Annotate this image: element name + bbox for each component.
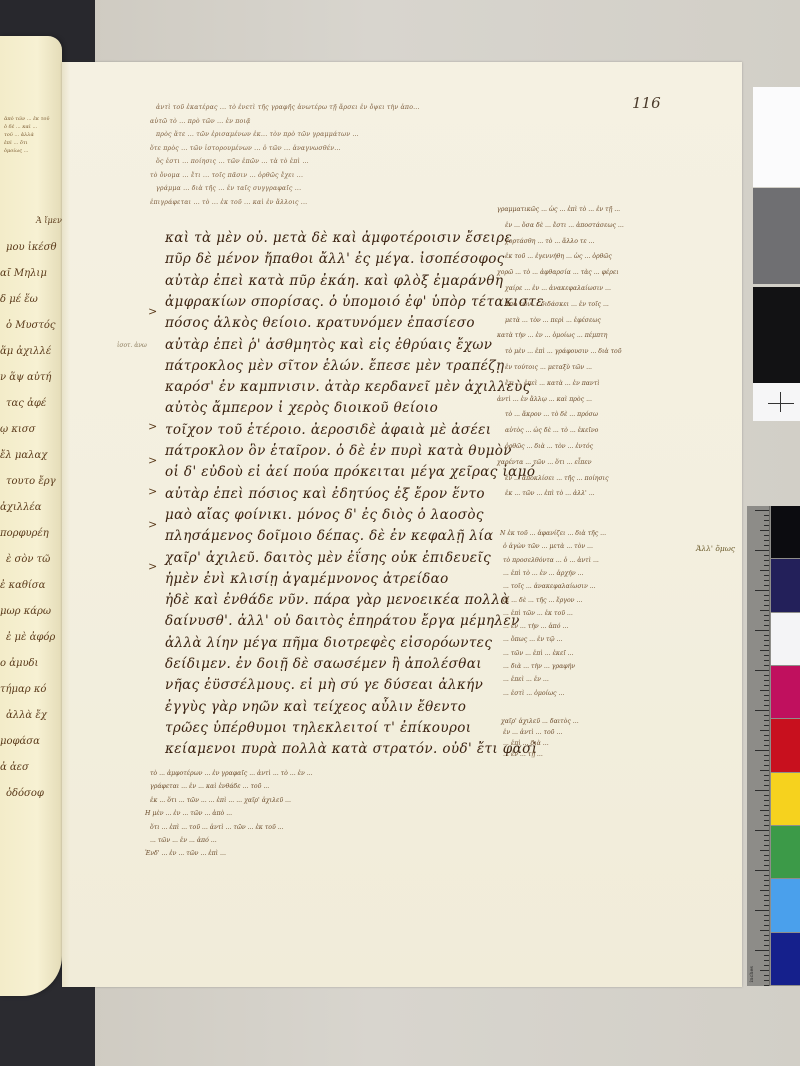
ruler-tick xyxy=(764,980,769,981)
top-scholion-line: ἀντὶ τοῦ ἑκατέρας ... τὸ ἐνετὶ τῆς γραφῆ… xyxy=(156,104,420,111)
right-scholion-line: ... ὅπως ... ἐν τῷ ... xyxy=(503,636,562,643)
ruler-tick xyxy=(764,985,769,986)
color-patch xyxy=(771,559,800,611)
top-scholion-line: τὸ ὄνομα ... ἔτι ... τοῖς πᾶσιν ... ὀρθῶ… xyxy=(150,172,303,179)
main-text-line: τρῶες ὑπέρθυμοι τηλεκλειτοί τ' ἐπίκουροι xyxy=(165,720,472,736)
ruler-tick xyxy=(760,930,769,931)
ruler-tick xyxy=(764,525,769,526)
ruler-tick xyxy=(764,715,769,716)
ruler-tick xyxy=(764,975,769,976)
right-scholion-line: ἔτι ... ἐπεὶ ... κατὰ ... ἐν παντὶ xyxy=(505,380,600,387)
ruler-tick xyxy=(764,895,769,896)
main-text-line: πόσος ἀλκὸς θείοιο. κρατυνόμεν ἐπασίεσο xyxy=(165,315,475,331)
ruler-tick xyxy=(760,850,769,851)
right-scholion-line: τὸ μὲν ... ἐπὶ ... γράφουσιν ... διὰ τοῦ xyxy=(505,348,621,355)
left-page-line: ὲ σὸν τῶ xyxy=(6,554,50,565)
main-text-line: ἀλλὰ λίην μέγα πῆμα διοτρεφὲς εἰσορόωντε… xyxy=(165,635,492,651)
ruler-tick xyxy=(764,565,769,566)
ruler-tick xyxy=(764,795,769,796)
left-page-line: μου ἰκέσθ xyxy=(6,242,56,253)
ruler-tick xyxy=(764,815,769,816)
ruler-tick xyxy=(764,600,769,601)
main-text-line: κείαμενοι πυρὰ πολλὰ κατὰ στρατόν. οὐδ' … xyxy=(165,741,537,757)
ruler-tick xyxy=(764,925,769,926)
left-page-line: δ μέ ἕω xyxy=(0,294,38,305)
right-scholion-line: χορῶ ... τὸ ... ἀφθαρσία ... τὰς ... φέρ… xyxy=(497,269,619,276)
main-text-line: ἠδὲ καὶ ἐνθάδε νῦν. πάρα γὰρ μενοεικέα π… xyxy=(165,592,510,608)
left-page-line: ὀδόσοφ xyxy=(6,788,44,799)
top-scholion-line: ἐπιγράφεται ... τὸ ... ἐκ τοῦ ... καὶ ἐν… xyxy=(150,199,307,206)
left-page-line: ο ἀμυδι xyxy=(0,658,38,669)
left-page-line: αῖ Μηλιμ xyxy=(0,268,47,279)
main-text-line: αὐτὰρ ἐπεὶ πόσιος καὶ ἐδητύος ἐξ ἔρον ἕν… xyxy=(165,486,485,502)
bottom-scholion-line: Ἐνδ' ... ἐν ... τῶν ... ἐπὶ ... xyxy=(145,850,226,857)
ruler-tick xyxy=(764,765,769,766)
ruler-tick xyxy=(755,750,769,751)
ruler-tick xyxy=(760,890,769,891)
ruler-tick xyxy=(764,960,769,961)
right-scholion-line: ὀρθῶς ... διὰ ... τὸν ... ἐντός xyxy=(505,443,593,450)
top-scholion-line: ὅς ἐστι ... ποίησις ... τῶν ἐπῶν ... τὰ … xyxy=(156,158,309,165)
ruler-tick xyxy=(764,800,769,801)
top-scholion-line: ὅτε πρὸς ... τῶν ἱστορουμένων ... ὁ τῶν … xyxy=(150,145,341,152)
ruler-tick xyxy=(764,580,769,581)
right-scholion-line: αὐτὸς ... ὡς δὲ ... τὸ ... ἐκεῖνο xyxy=(505,427,598,434)
ruler-tick xyxy=(764,820,769,821)
ruler-tick xyxy=(764,615,769,616)
main-text-line: ἀμφρακίων σπορίσας. ὁ ὑπομοιό ἐφ' ὑπὸρ τ… xyxy=(165,294,544,310)
ruler-tick xyxy=(764,935,769,936)
ruler-tick xyxy=(764,760,769,761)
left-page-line: τας ἀφέ xyxy=(6,398,46,409)
ruler-tick xyxy=(764,785,769,786)
ruler-tick xyxy=(764,775,769,776)
left-page-line: μοφάσα xyxy=(0,736,40,747)
grayscale-calibration-card xyxy=(753,87,800,422)
bottom-scholion-line: ὅτι ... ἐπὶ ... τοῦ ... ἀντὶ ... τῶν ...… xyxy=(150,824,284,831)
right-scholion-line: ... ἐπὶ τῶν ... ἐκ τοῦ ... xyxy=(503,610,573,617)
color-patch xyxy=(771,826,800,878)
ruler-tick xyxy=(764,835,769,836)
color-patch xyxy=(771,773,800,825)
left-page-note: τοῦ ... ἀλλὰ xyxy=(4,132,34,138)
ruler-tick xyxy=(764,655,769,656)
ruler: inches xyxy=(747,506,770,986)
ruler-tick xyxy=(755,790,769,791)
right-scholion-line: ἐν ... ὅσα δὲ ... ἔστι ... ἀποστάσεως ..… xyxy=(505,222,624,229)
main-text-line: πῦρ δὲ μένον ἤπαθοι ἄλλ' ἐς μέγα. ἰσοπέσ… xyxy=(165,251,505,267)
right-scholion-line: τὸ προσελθόντα ... ὁ ... ἀντὶ ... xyxy=(503,557,599,564)
right-scholion-line: ... ἐπεὶ ... ἐν ... xyxy=(503,676,549,683)
ruler-tick xyxy=(764,560,769,561)
left-page-line: ἀλλὰ ἔχ xyxy=(6,710,47,721)
ruler-tick xyxy=(764,880,769,881)
right-scholion-line: ... ἐν ... τῇ ... xyxy=(503,751,543,758)
right-scholion-line: ... τοῖς ... ἀνακεφαλαίωσιν ... xyxy=(503,583,596,590)
left-margin-note: ἰσοτ. ἀνω xyxy=(117,342,147,349)
main-text-line: αὐτὰρ ἐπεὶ κατὰ πῦρ ἐκάη. καὶ φλὸξ ἐμαρά… xyxy=(165,273,503,289)
white-patch xyxy=(753,87,800,187)
main-text-line: πάτροκλον ὃν ἑταῖρον. ὁ δὲ ἐν πυρὶ κατὰ … xyxy=(165,443,512,459)
ruler-tick xyxy=(764,675,769,676)
diple-mark: > xyxy=(148,518,157,531)
ruler-tick xyxy=(755,830,769,831)
ruler-tick xyxy=(755,910,769,911)
white-patch-crosshair xyxy=(753,383,800,421)
right-scholion-line: ἐν τούτοις ... μεταξὺ τῶν ... xyxy=(505,364,592,371)
ruler-tick xyxy=(764,865,769,866)
ruler-tick xyxy=(764,515,769,516)
right-scholion-line: ... τῶν ... ἐπὶ ... ἐκεῖ ... xyxy=(503,650,574,657)
ruler-tick xyxy=(760,610,769,611)
left-page-note: ἀπὸ τῶν ... ἐκ τοῦ xyxy=(4,116,49,122)
left-page-line: μωρ κάρω xyxy=(0,606,51,617)
ruler-tick xyxy=(760,530,769,531)
right-scholion-line: ἀπὸ τῶν ... διδάσκει ... ἐν τοῖς ... xyxy=(505,301,609,308)
color-patch xyxy=(771,933,800,985)
ruler-tick xyxy=(755,950,769,951)
ruler-tick xyxy=(764,695,769,696)
top-scholion-line: πρὸς ἅτε ... τῶν ἐρισαμένων ἐκ... τὸν πρ… xyxy=(156,131,359,138)
ruler-tick xyxy=(764,620,769,621)
left-page-line: τήμαρ κό xyxy=(0,684,46,695)
color-patch xyxy=(771,879,800,931)
ruler-tick xyxy=(760,970,769,971)
right-scholion-line: ... ἐν ... τὴν ... ἀπό ... xyxy=(503,623,568,630)
ruler-tick xyxy=(764,875,769,876)
ruler-tick xyxy=(764,645,769,646)
ruler-tick xyxy=(755,870,769,871)
color-patch xyxy=(771,719,800,771)
crosshair-icon-h xyxy=(768,403,794,404)
right-scholion-line: ἐν ... ἀντὶ ... τοῦ ... xyxy=(503,729,562,736)
color-patch xyxy=(771,613,800,665)
right-scholion-line: γραμματικῶς ... ὡς ... ἐπὶ τὸ ... ἐν τῇ … xyxy=(497,206,620,213)
ruler-tick xyxy=(764,825,769,826)
right-scholion-line: ὁ ἀγὼν τῶν ... μετὰ ... τὸν ... xyxy=(503,543,593,550)
ruler-tick xyxy=(764,700,769,701)
main-text-line: δείδιμεν. ἐν δοιῇ δὲ σαωσέμεν ἢ ἀπολέσθα… xyxy=(165,656,482,672)
right-scholion-line: χορτάσθη ... τὸ ... ἄλλο τε ... xyxy=(505,238,595,245)
right-scholion-line: Ν ἐκ τοῦ ... ἀφανίζει ... διὰ τῆς ... xyxy=(500,530,606,537)
top-scholion-line: αὐτῶ τὸ ... πρὸ τῶν ... ἐν ποιᾷ xyxy=(150,118,250,125)
diple-mark: > xyxy=(148,420,157,433)
ruler-tick xyxy=(764,915,769,916)
ruler-tick xyxy=(764,685,769,686)
main-text-line: οἱ δ' εὐδοὺ εἰ ἀεί πούα πρόκειται μέγα χ… xyxy=(165,464,535,480)
ruler-tick xyxy=(764,540,769,541)
bottom-scholion-line: ἐκ ... ὅτι ... τῶν ... ... ἐπὶ ... ... χ… xyxy=(150,797,291,804)
left-page-line: ἐ καθίσα xyxy=(0,580,45,591)
bottom-scholion-line: Η μὲν ... ἐν ... τῶν ... ἀπὸ ... xyxy=(145,810,232,817)
left-page-line: ν ἅψ αὐτή xyxy=(0,372,51,383)
ruler-tick xyxy=(760,730,769,731)
ruler-tick xyxy=(764,740,769,741)
diple-mark: > xyxy=(148,305,157,318)
bottom-scholion-line: γράφεται ... ἐν ... καὶ ἐνθάδε ... τοῦ .… xyxy=(150,783,269,790)
diple-mark: > xyxy=(148,560,157,573)
right-scholion-line: οἱ ... δὲ ... τῆς ... ἔργον ... xyxy=(503,597,582,604)
ruler-label: inches xyxy=(749,966,755,982)
ruler-tick xyxy=(764,940,769,941)
left-page-line: ῳ κισσ xyxy=(0,424,35,435)
ruler-tick xyxy=(764,595,769,596)
diple-mark: > xyxy=(148,485,157,498)
ruler-tick xyxy=(764,705,769,706)
left-page-line: ἐ μὲ ἀφόρ xyxy=(6,632,55,643)
ruler-tick xyxy=(764,805,769,806)
right-scholion-line: ἀντὶ ... ἐν ἄλλῳ ... καὶ πρὸς ... xyxy=(497,396,592,403)
ruler-tick xyxy=(764,520,769,521)
ruler-tick xyxy=(755,550,769,551)
color-patch xyxy=(771,666,800,718)
right-scholion-line: ... ἐπὶ τὸ ... ἐν ... ἀρχήν ... xyxy=(503,570,583,577)
main-text-line: αὐτὰρ ἐπεὶ ῥ' ἀσθμητὸς καὶ εἰς ἐθρύαις ἔ… xyxy=(165,337,492,353)
left-page-line: ἅμ ἀχιλλέ xyxy=(0,346,51,357)
right-margin-label: Ἀλλ' ὅμως xyxy=(696,544,735,553)
folio-number: 116 xyxy=(632,94,661,112)
right-scholion-line: ἐκ τοῦ ... ἐγεννήθη ... ὡς ... ὀρθῶς xyxy=(505,253,612,260)
left-page-note: ὁμοίως ... xyxy=(4,148,28,154)
left-page-line: ἔλ μαλαχ xyxy=(0,450,47,461)
ruler-tick xyxy=(764,920,769,921)
ruler-tick xyxy=(764,625,769,626)
ruler-tick xyxy=(764,955,769,956)
ruler-tick xyxy=(760,690,769,691)
bottom-scholion-line: ... τῶν ... ἐν ... ἀπό ... xyxy=(150,837,217,844)
left-page-line: τουτο ἔργ xyxy=(6,476,56,487)
main-text-line: νῆας ἐϋσσέλμους. εἰ μὴ σύ γε δύσεαι ἀλκή… xyxy=(165,677,483,693)
gray-patch xyxy=(753,188,800,284)
left-page-line: ἀχιλλέα xyxy=(0,502,42,513)
main-text-line: καρόσ' ἐν καμπνισιν. ἀτὰρ κερδανεῖ μὲν ἀ… xyxy=(165,379,531,395)
ruler-tick xyxy=(764,885,769,886)
diple-mark: > xyxy=(148,454,157,467)
right-scholion-line: χαρέντα ... τῶν ... ὅτι ... εἶπεν xyxy=(497,459,591,466)
ruler-tick xyxy=(760,650,769,651)
main-text-line: ἐγγὺς γὰρ νηῶν καὶ τείχεος αὖλιν ἔθεντο xyxy=(165,699,466,715)
ruler-tick xyxy=(764,725,769,726)
ruler-tick xyxy=(764,860,769,861)
ruler-tick xyxy=(764,680,769,681)
folio-edge-shadow xyxy=(62,62,70,987)
right-scholion-line: χαῖρ' ἀχιλεῦ ... δαιτὸς ... xyxy=(501,718,579,725)
main-text-line: πάτροκλος μὲν σῖτον ἑλών. ἔπεσε μὲν τραπ… xyxy=(165,358,505,374)
ruler-tick xyxy=(764,905,769,906)
ruler-tick xyxy=(755,630,769,631)
ruler-tick xyxy=(764,855,769,856)
ruler-tick xyxy=(764,635,769,636)
ruler-tick xyxy=(764,945,769,946)
right-scholion-line: ἐκ ... τῶν ... ἐπὶ τὸ ... ἀλλ' ... xyxy=(505,490,595,497)
right-scholion-line: ... ἐπὶ ... διὰ ... xyxy=(503,740,549,747)
top-scholion-line: γράμμα ... διὰ τῆς ... ἐν ταῖς συγγραφαῖ… xyxy=(156,185,301,192)
main-text-line: δαίνυσθ'. ἀλλ' οὐ δαιτὸς ἐπηράτου ἔργα μ… xyxy=(165,613,520,629)
left-page-line: πορφυρέη xyxy=(0,528,49,539)
color-calibration-card: inches xyxy=(747,506,800,986)
right-scholion-line: ... ἐστὶ ... ὁμοίως ... xyxy=(503,690,564,697)
left-page-top-note: Ἀ ἴμεν xyxy=(36,216,62,225)
ruler-tick xyxy=(755,670,769,671)
main-text-line: αὐτὸς ἄμπερον ἰ χερὸς διοικοῦ θείοιο xyxy=(165,400,438,416)
right-scholion-line: ... διὰ ... τὴν ... γραφήν xyxy=(503,663,575,670)
ruler-tick xyxy=(764,665,769,666)
left-facing-page: ἀπὸ τῶν ... ἐκ τοῦ ὁ δὲ ... καὶ ... τοῦ … xyxy=(0,36,62,996)
right-scholion-line: τὸ ... ἄκρον ... τὸ δὲ ... πρόσω xyxy=(505,411,598,418)
ruler-tick xyxy=(764,575,769,576)
left-page-line: ὁ Μυστός xyxy=(6,320,56,331)
ruler-tick xyxy=(764,900,769,901)
main-text-line: ἡμὲν ἐνὶ κλισίῃ ἀγαμέμνονος ἀτρείδαο xyxy=(165,571,449,587)
ruler-tick xyxy=(764,735,769,736)
main-text-line: πλησάμενος δοῖμοιο δέπας. δὲ ἐν κεφαλῇ λ… xyxy=(165,528,494,544)
ruler-tick xyxy=(764,780,769,781)
crosshair-icon xyxy=(780,392,781,412)
ruler-tick xyxy=(764,535,769,536)
ruler-tick xyxy=(764,845,769,846)
ruler-tick xyxy=(764,755,769,756)
color-patch xyxy=(771,506,800,558)
right-scholion-line: χαίρε ... ἐν ... ἀνακεφαλαίωσιν ... xyxy=(505,285,611,292)
black-patch xyxy=(753,287,800,383)
right-scholion-line: κατὰ τὴν ... ἐν ... ὁμοίως ... πέμπτη xyxy=(497,332,607,339)
bottom-scholion-line: τὸ ... ἀμφοτέρων ... ἐν γραφαῖς ... ἀντὶ… xyxy=(150,770,313,777)
main-text-line: μαὸ αἴας φοίνικι. μόνος δ' ἐς διὸς ὁ λαο… xyxy=(165,507,484,523)
right-scholion-line: ἐν ... ἀποκλίσει ... τῆς ... ποίησις xyxy=(505,475,609,482)
ruler-tick xyxy=(764,585,769,586)
ruler-tick xyxy=(764,660,769,661)
ruler-tick xyxy=(764,965,769,966)
left-page-line: ἀ ἀεσ xyxy=(0,762,29,773)
ruler-tick xyxy=(764,745,769,746)
ruler-tick xyxy=(755,710,769,711)
ruler-tick xyxy=(764,545,769,546)
left-page-note: ὁ δὲ ... καὶ ... xyxy=(4,124,37,130)
ruler-tick xyxy=(760,570,769,571)
ruler-tick xyxy=(764,840,769,841)
ruler-tick xyxy=(764,720,769,721)
left-page-note: ἐπὶ ... ὅτι xyxy=(4,140,28,146)
right-scholion-line: μετὰ ... τὸν ... περὶ ... ἐφέσεως xyxy=(505,317,601,324)
ruler-tick xyxy=(755,590,769,591)
ruler-tick xyxy=(760,770,769,771)
main-text-line: καὶ τὰ μὲν οὐ. μετὰ δὲ καὶ ἀμφοτέροισιν … xyxy=(165,230,512,246)
ruler-tick xyxy=(755,510,769,511)
ruler-tick xyxy=(760,810,769,811)
ruler-tick xyxy=(764,640,769,641)
main-text-line: χαῖρ' ἀχιλεῦ. δαιτὸς μὲν ἐΐσης οὐκ ἐπιδε… xyxy=(165,550,491,566)
main-text-line: τοῖχον τοῦ ἑτέροιο. ἀεροσιδὲ ἀφαιὰ μὲ ἀσ… xyxy=(165,422,491,438)
ruler-tick xyxy=(764,605,769,606)
ruler-tick xyxy=(764,555,769,556)
